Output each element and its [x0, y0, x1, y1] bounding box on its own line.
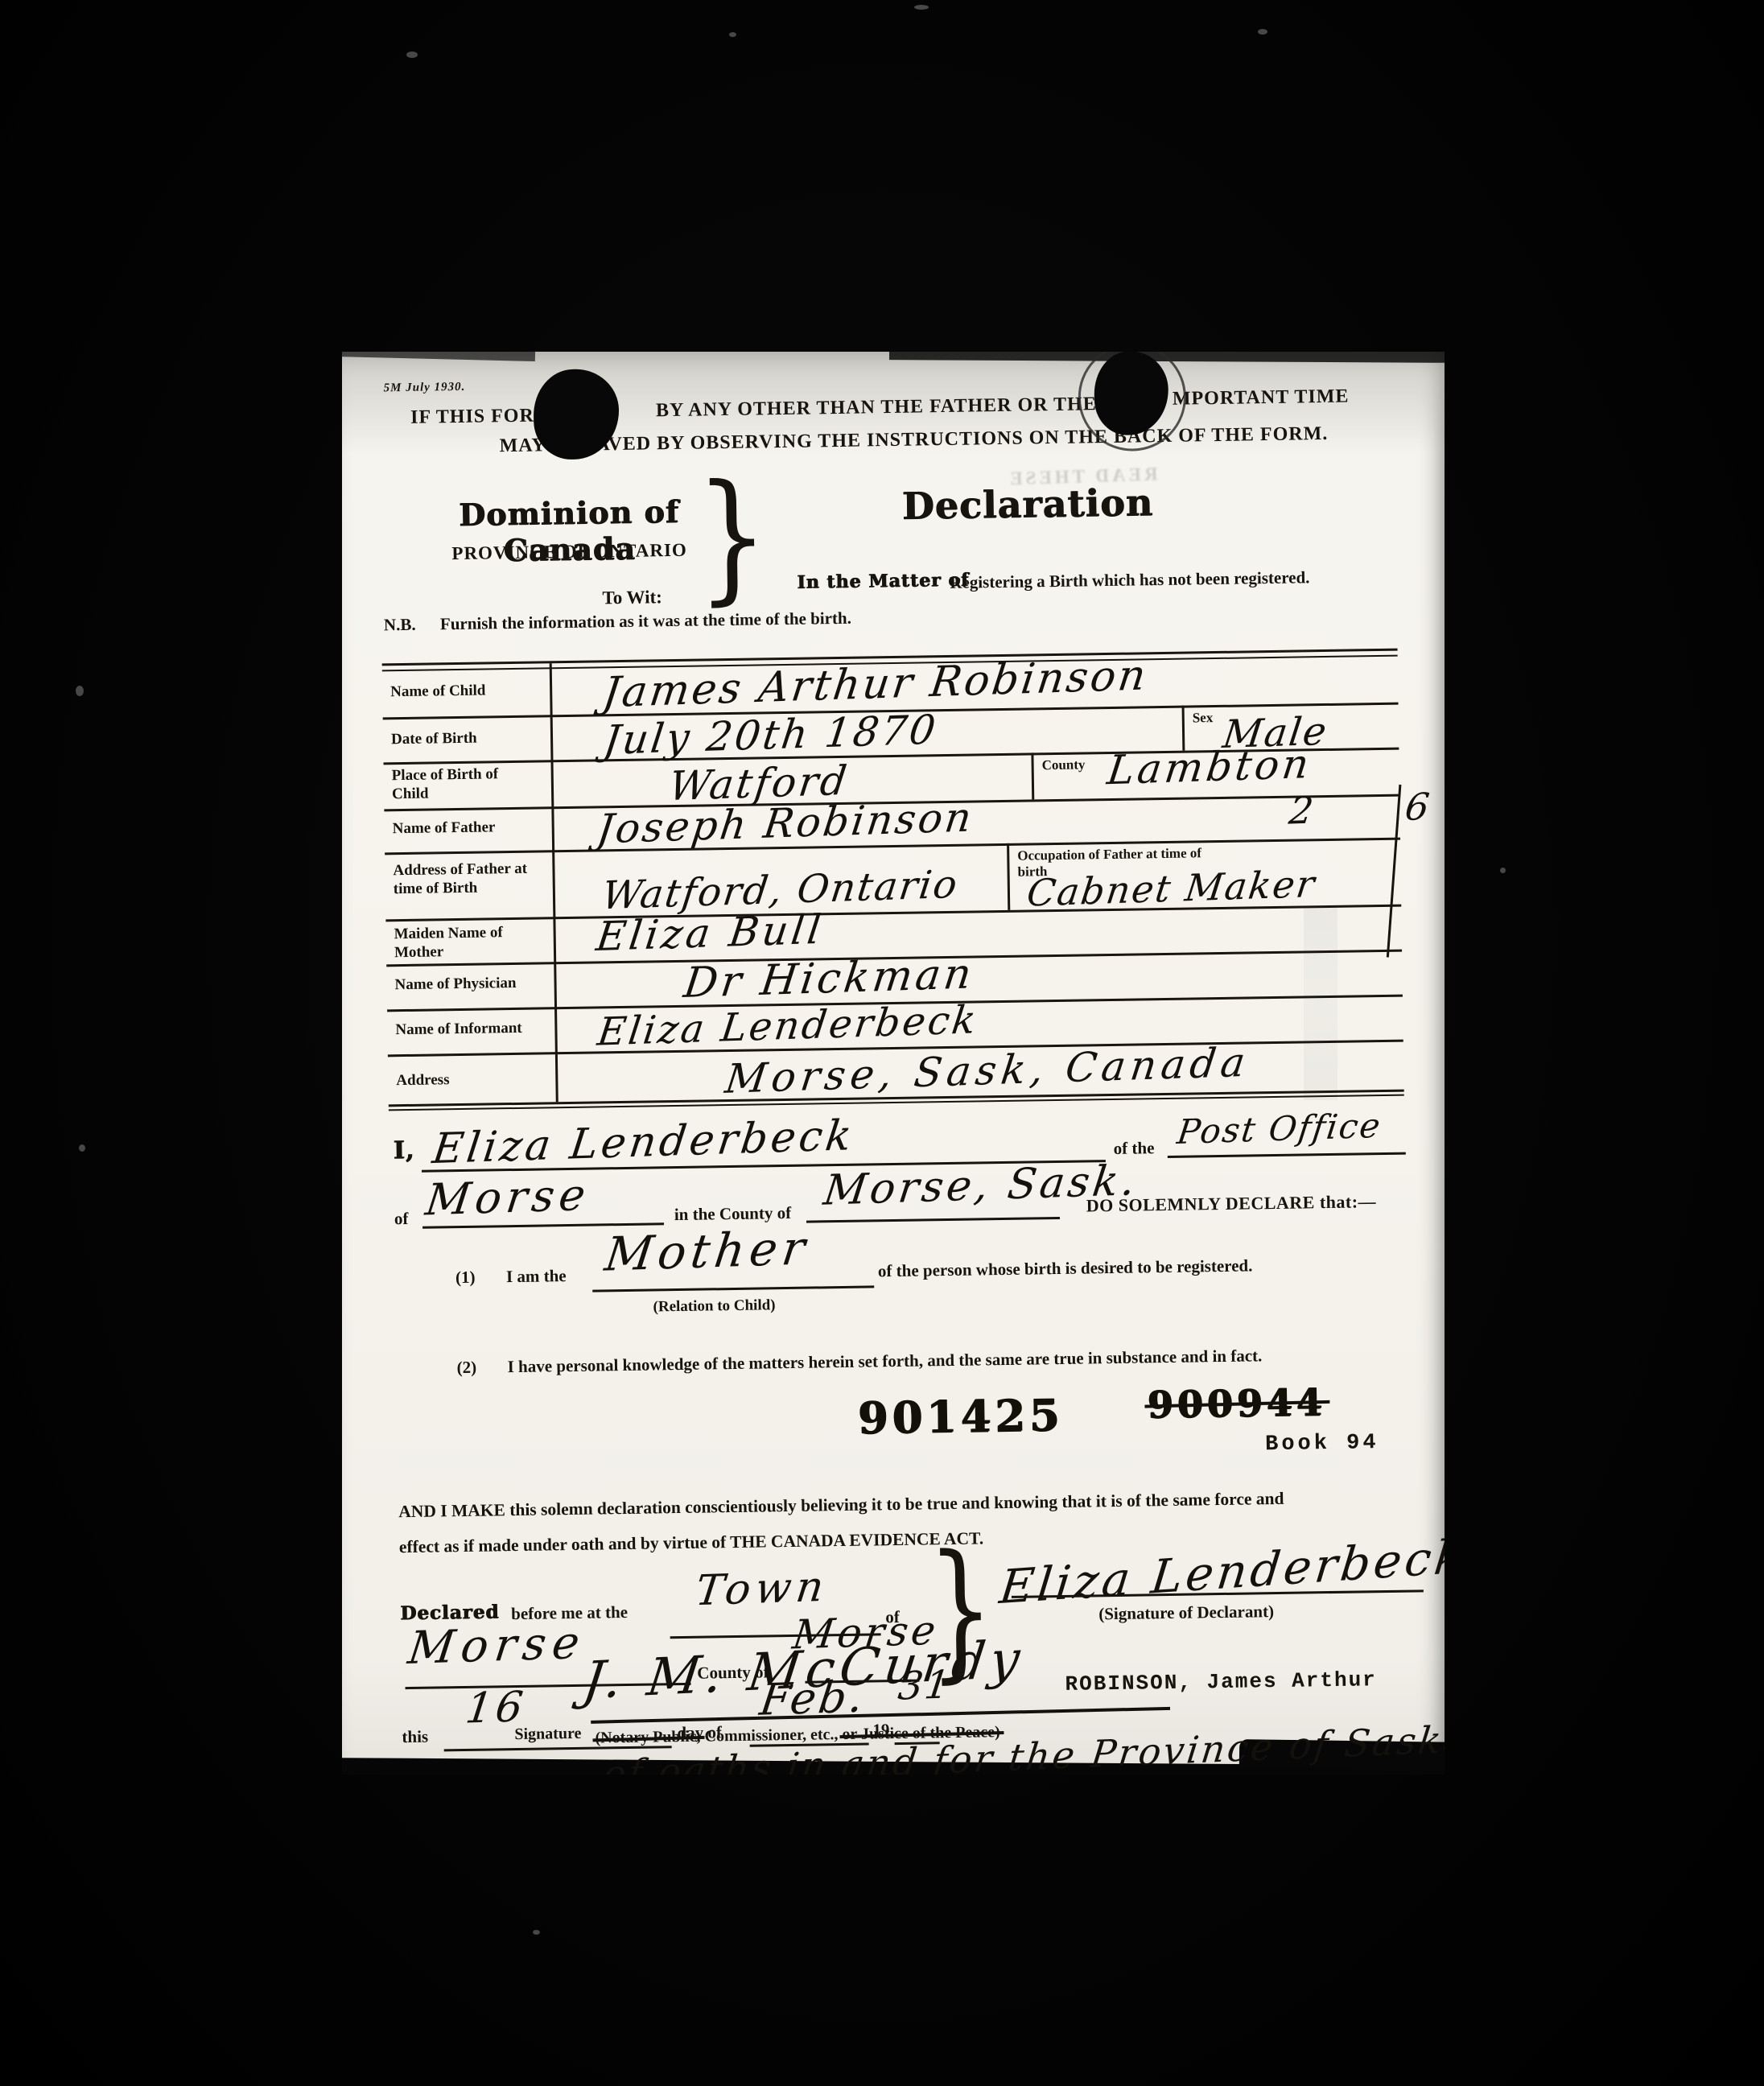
field-value-handwritten: Eliza Bull [594, 906, 826, 960]
blank-line [806, 1217, 1060, 1223]
document-page: 5M July 1930. IF THIS FORM BY ANY OTHER … [342, 352, 1445, 1775]
place-handwritten: Morse [422, 1169, 593, 1226]
item1-number: (1) [455, 1268, 476, 1288]
residence-handwritten: Post Office [1175, 1106, 1384, 1152]
field-label: Name of Physician [394, 974, 552, 995]
dust-speck [1258, 29, 1267, 35]
occupation-cell: Occupation of Father at time of birth Ca… [1007, 838, 1401, 910]
registration-number-stamp: 901425 [857, 1389, 1063, 1444]
blank-line [1168, 1152, 1406, 1158]
item2-number: (2) [456, 1358, 476, 1378]
relation-handwritten: Mother [602, 1220, 813, 1281]
field-label: Place of Birth of Child [392, 765, 521, 804]
field-label: Maiden Name of Mother [394, 924, 515, 963]
field-label: Sex [1193, 710, 1214, 727]
dust-speck [76, 686, 84, 696]
to-wit-label: To Wit: [602, 587, 662, 608]
of-the-label: of the [1114, 1138, 1155, 1159]
header-brace: } [695, 467, 769, 608]
field-label: Name of Father [393, 818, 550, 839]
signature-caption: (Signature of Declarant) [1098, 1602, 1274, 1624]
blank-line [592, 1285, 874, 1292]
item2-text: I have personal knowledge of the matters… [507, 1346, 1262, 1377]
i-label: I, [393, 1136, 414, 1165]
margin-note-handwritten: 2 6 [1287, 783, 1445, 832]
book-number: Book 94 [1265, 1431, 1379, 1457]
warning-line1-part-a: IF THIS FORM [410, 405, 554, 429]
item1-post-text: of the person whose birth is desired to … [878, 1255, 1253, 1281]
field-value-handwritten: Morse, Sask, Canada [723, 1039, 1253, 1103]
in-the-matter-of-label: In the Matter of [797, 570, 969, 593]
attestation-town-handwritten: Morse [405, 1617, 588, 1675]
form-title: Declaration [850, 480, 1205, 529]
this-label: this [402, 1727, 428, 1747]
field-label: County [1041, 756, 1085, 773]
relation-caption: (Relation to Child) [653, 1297, 775, 1316]
printed-content: 5M July 1930. IF THIS FORM BY ANY OTHER … [342, 352, 1445, 1775]
cancelled-number-stamp: 900944 [1147, 1380, 1326, 1426]
oath-paragraph-line1: AND I MAKE this solemn declaration consc… [398, 1486, 1428, 1522]
of-label: of [394, 1209, 409, 1229]
item1-pre-text: I am the [506, 1266, 567, 1287]
matter-text: Registering a Birth which has not been r… [950, 567, 1310, 593]
warning-line1-part-b: BY ANY OTHER THAN THE FATHER OR THE MOT [656, 393, 1151, 422]
birth-details-table: Name of Child James Arthur Robinson Date… [382, 649, 1404, 1105]
place-type-handwritten: Town [693, 1563, 831, 1615]
officials-mid-text: Commissioner, etc., [704, 1725, 838, 1745]
field-label: Name of Child [390, 681, 548, 702]
official-signature-handwritten: J. M. McCurdy [579, 1630, 1028, 1711]
warning-line2: MAY BE SAVED BY OBSERVING THE INSTRUCTIO… [499, 423, 1328, 457]
dust-speck [914, 5, 929, 10]
field-label: Date of Birth [391, 728, 549, 749]
nb-text: Furnish the information as it was at the… [440, 608, 851, 635]
signature-label: Signature [514, 1725, 581, 1744]
scanned-document-canvas: 5M July 1930. IF THIS FORM BY ANY OTHER … [0, 0, 1764, 2086]
field-value-handwritten: Lambton [1105, 740, 1315, 794]
dust-speck [729, 32, 736, 37]
field-label: Name of Informant [395, 1019, 553, 1040]
dust-speck [1500, 868, 1506, 873]
warning-line1-part-c: MPORTANT TIME [1173, 386, 1350, 410]
dust-speck [533, 1930, 540, 1935]
solemnly-declare-text: DO SOLEMNLY DECLARE that:— [1086, 1191, 1377, 1216]
dust-speck [79, 1144, 85, 1152]
print-code: 5M July 1930. [383, 381, 465, 396]
field-label: Address of Father at time of Birth [393, 860, 530, 899]
nb-label: N.B. [384, 615, 416, 636]
typed-registrant-name: ROBINSON, James Arthur [1065, 1668, 1377, 1696]
officials-struck-notary: (Notary Public, [595, 1728, 700, 1748]
field-label: Address [396, 1070, 554, 1090]
dust-speck [406, 52, 418, 58]
